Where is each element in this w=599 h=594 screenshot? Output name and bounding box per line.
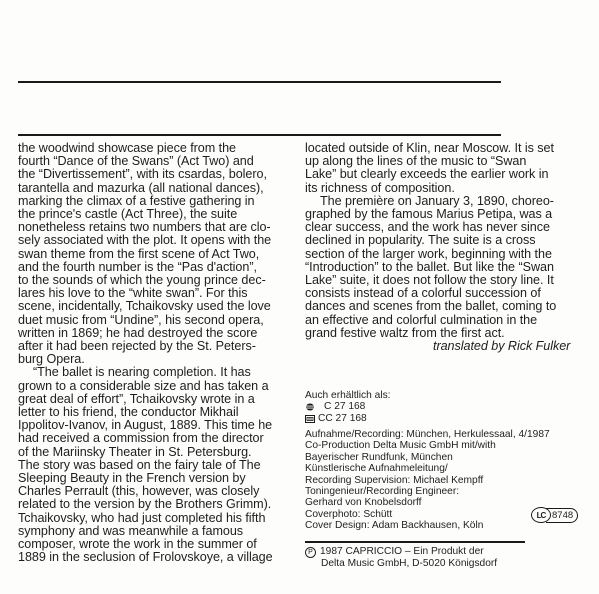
text-line: “The ballet is nearing completion. It ha… bbox=[18, 366, 303, 379]
copyright-line-1: 1987 CAPRICCIO – Ein Produkt der bbox=[320, 546, 484, 557]
credit-line: Recording Supervision: Michael Kempff bbox=[305, 475, 545, 486]
text-line: its richness of composition. bbox=[305, 182, 599, 195]
credit-line: Cover Design: Adam Backhausen, Köln bbox=[305, 520, 545, 531]
text-line: of the Mariinsky Theater in St. Petersbu… bbox=[18, 446, 303, 459]
copyright-rule bbox=[305, 541, 525, 543]
liner-notes-right-column: located outside of Klin, near Moscow. It… bbox=[305, 142, 599, 353]
text-line: Tchaikovsky, who had just completed his … bbox=[18, 512, 303, 525]
text-line: scene, incidentally, Tchaikovsky used th… bbox=[18, 300, 303, 313]
translator-credit: translated by Rick Fulker bbox=[305, 340, 599, 353]
text-line: swan theme from the first scene of Act T… bbox=[18, 248, 303, 261]
text-line: dances and scenes from the ballet, comin… bbox=[305, 300, 599, 313]
copyright-line-2: Delta Music GmbH, D-5020 Königsdorf bbox=[305, 558, 497, 569]
copyright-notice: P1987 CAPRICCIO – Ein Produkt der Delta … bbox=[305, 546, 497, 569]
text-line: Lake” but clearly exceeds the earlier wo… bbox=[305, 168, 599, 181]
also-available-heading: Auch erhältlich als: bbox=[305, 390, 391, 401]
credit-line: Coverphoto: Schütt bbox=[305, 509, 545, 520]
recording-credits: Aufnahme/Recording: München, Herkulessaa… bbox=[305, 429, 545, 532]
text-line: declined in popularity. The suite is a c… bbox=[305, 234, 599, 247]
credit-line: Bayerischer Rundfunk, München bbox=[305, 452, 545, 463]
credit-line: Toningenieur/Recording Engineer: bbox=[305, 486, 545, 497]
text-line: sely associated with the plot. It opens … bbox=[18, 234, 303, 247]
phonogram-copyright-icon: P bbox=[305, 547, 316, 558]
format-row-compact-cassette: CC 27 168 bbox=[305, 413, 391, 424]
credit-line: Gerhard von Knobelsdorff bbox=[305, 497, 545, 508]
header-rule bbox=[18, 134, 501, 136]
text-line: grown to a considerable size and has tak… bbox=[18, 380, 303, 393]
credit-line: Co-Production Delta Music GmbH mit/with bbox=[305, 440, 545, 451]
text-line: section of the larger work, beginning wi… bbox=[305, 248, 599, 261]
top-rule bbox=[18, 81, 501, 83]
text-line: tarantella and mazurka (all national dan… bbox=[18, 182, 303, 195]
liner-notes-left-column: the woodwind showcase piece from the fou… bbox=[18, 142, 303, 565]
format-code: C 27 168 bbox=[318, 401, 365, 412]
text-line: duet music from “Undine”, his second ope… bbox=[18, 314, 303, 327]
compact-cassette-icon bbox=[305, 415, 315, 423]
text-line: an effective and colorful culmination in… bbox=[305, 314, 599, 327]
text-line: had received a commission from the direc… bbox=[18, 432, 303, 445]
credit-line: Künstlerische Aufnahmeleitung/ bbox=[305, 463, 545, 474]
cassette-icon bbox=[305, 403, 315, 411]
label-code-badge: LC 8748 bbox=[531, 507, 578, 523]
lc-logo-icon: LC bbox=[531, 507, 551, 523]
also-available-block: Auch erhältlich als: C 27 168 CC 27 168 bbox=[305, 390, 391, 424]
text-line: related to the version by the Brothers G… bbox=[18, 498, 303, 511]
format-row-cassette: C 27 168 bbox=[305, 401, 391, 412]
format-code: CC 27 168 bbox=[318, 413, 367, 424]
credit-line: Aufnahme/Recording: München, Herkulessaa… bbox=[305, 429, 545, 440]
text-line: the “Divertissement”, with its csardas, … bbox=[18, 168, 303, 181]
text-line: 1889 in the seclusion of Frolovskoye, a … bbox=[18, 551, 303, 564]
